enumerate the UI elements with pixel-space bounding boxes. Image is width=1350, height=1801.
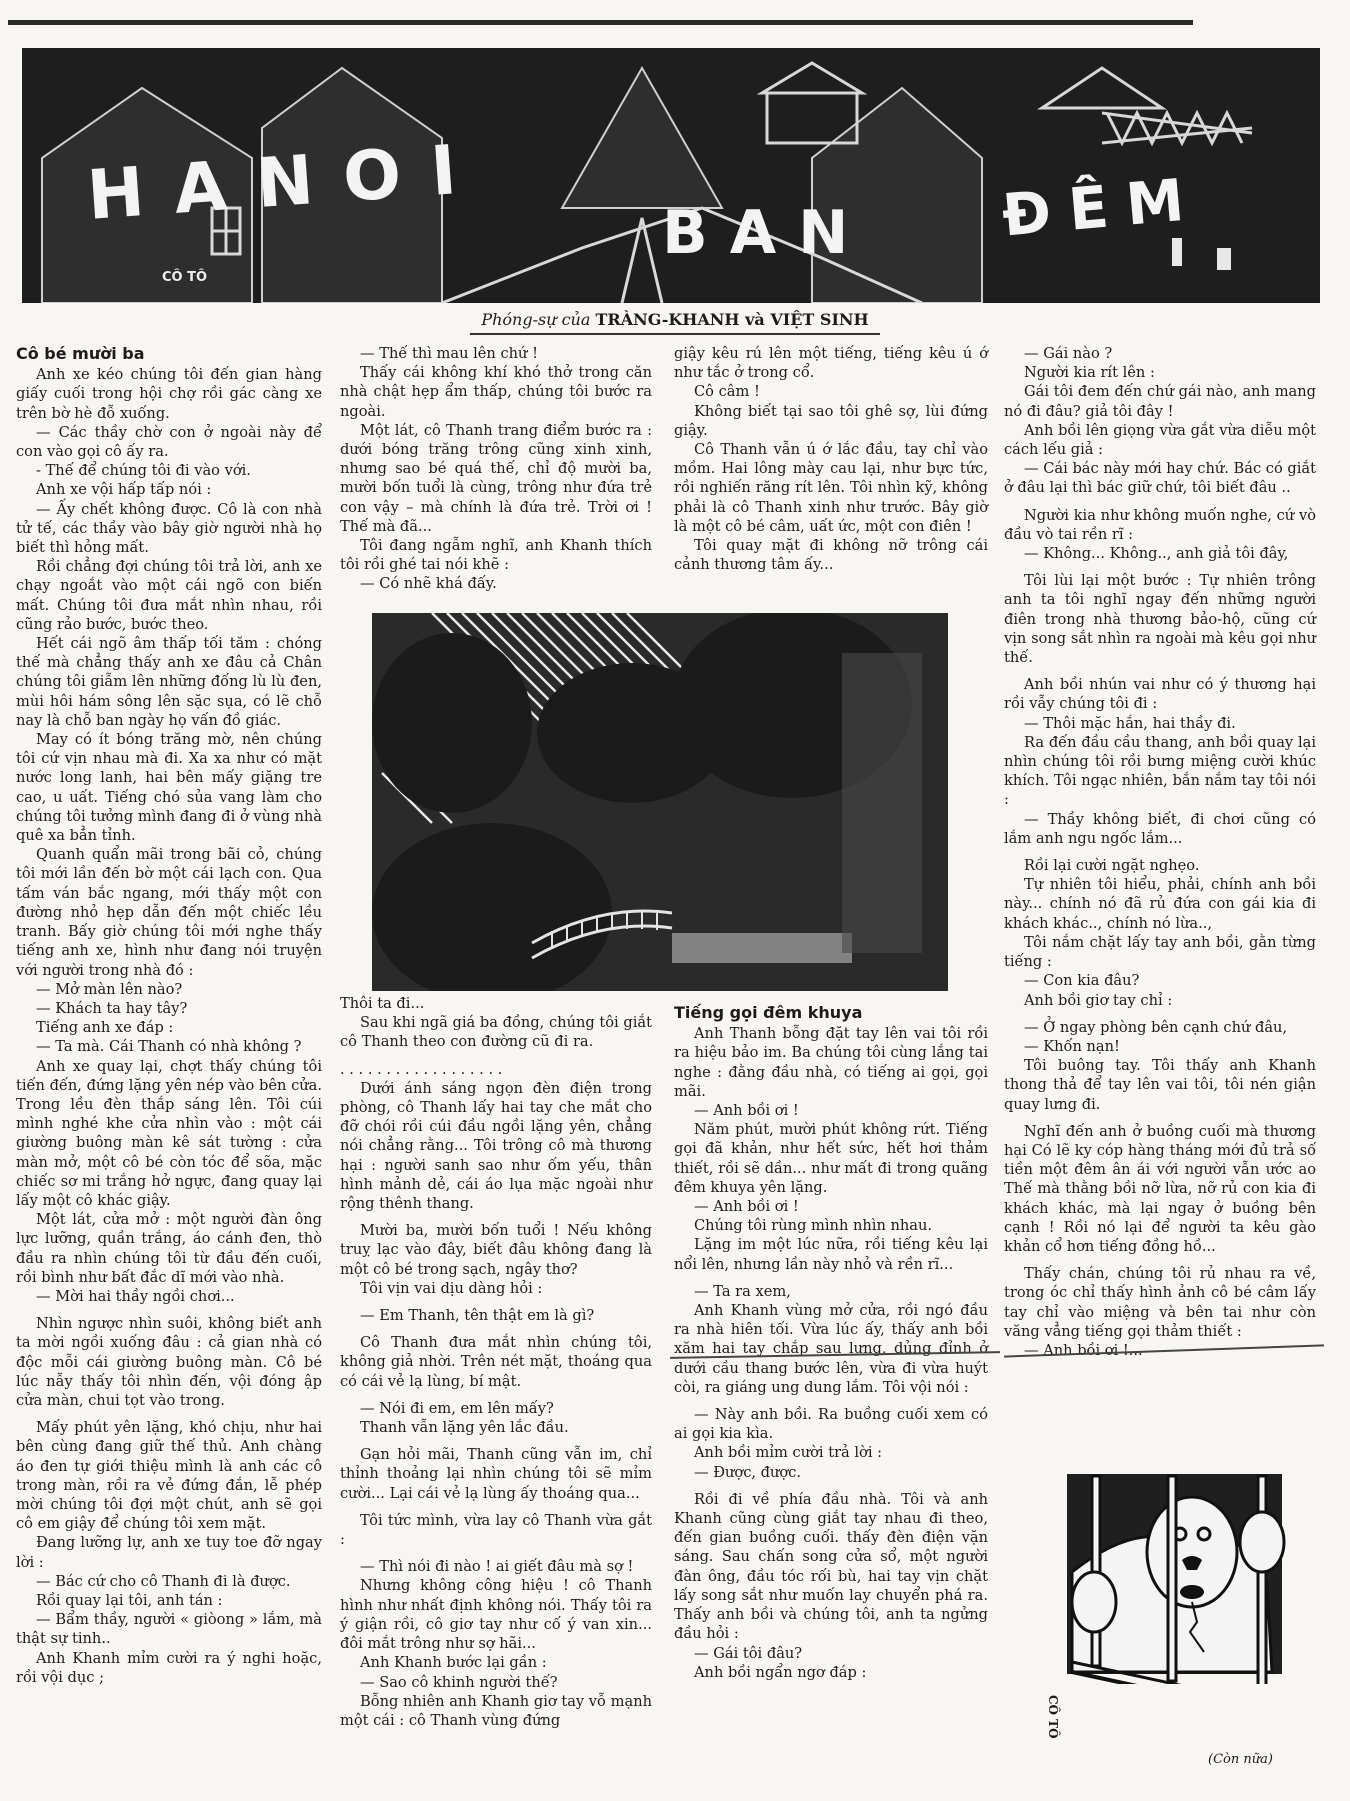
paragraph: — Mở màn lên nào? bbox=[16, 980, 322, 999]
paragraph: Mấy phút yên lặng, khó chịu, như hai bên… bbox=[16, 1418, 322, 1533]
paragraph: — Có nhẽ khá đấy. bbox=[340, 574, 652, 593]
article-column-3-top: giậy kêu rú lên một tiếng, tiếng kêu ú ớ… bbox=[674, 344, 988, 574]
paragraph: Anh Khanh vùng mở cửa, rồi ngó đầu ra nh… bbox=[674, 1301, 988, 1397]
paragraph: Anh bồi giơ tay chỉ : bbox=[1004, 991, 1316, 1010]
paragraph: — Anh bồi ơi ! bbox=[674, 1101, 988, 1120]
paragraph: Rồi đi về phía đầu nhà. Tôi và anh Khanh… bbox=[674, 1490, 988, 1644]
paragraph: — Khách ta hay tây? bbox=[16, 999, 322, 1018]
woodcut-trees-bridge-image bbox=[372, 613, 948, 991]
paragraph: — Gái nào ? bbox=[1004, 344, 1316, 363]
paragraph: — Gái tôi đâu? bbox=[674, 1644, 988, 1663]
man-behind-bars-drawing bbox=[1032, 1462, 1294, 1684]
paragraph: — Ta ra xem, bbox=[674, 1282, 988, 1301]
paragraph: Quanh quẩn mãi trong bãi cỏ, chúng tôi m… bbox=[16, 845, 322, 979]
paragraph: Tôi quay mặt đi không nỡ trông cái cảnh … bbox=[674, 536, 988, 574]
paragraph: — Nói đi em, em lên mấy? bbox=[340, 1399, 652, 1418]
section-heading-co-be-muoi-ba: Cô bé mười ba bbox=[16, 344, 322, 363]
paragraph: — Sao cô khinh người thế? bbox=[340, 1673, 652, 1692]
paragraph: Sau khi ngã giá ba đồng, chúng tôi giắt … bbox=[340, 1013, 652, 1051]
paragraph: Anh xe vội hấp tấp nói : bbox=[16, 480, 322, 499]
paragraph: — Ấy chết không được. Cô là con nhà tử t… bbox=[16, 500, 322, 558]
byline: Phóng-sự của TRÀNG-KHANH và VIỆT SINH bbox=[0, 310, 1350, 329]
paragraph: Dưới ánh sáng ngọn đèn điện trong phòng,… bbox=[340, 1079, 652, 1213]
paragraph: Anh Khanh bước lại gần : bbox=[340, 1653, 652, 1672]
paragraph: — Ở ngay phòng bên cạnh chứ đâu, bbox=[1004, 1018, 1316, 1037]
paragraph: Đang lưỡng lự, anh xe tuy toe đỡ ngay lờ… bbox=[16, 1533, 322, 1571]
article-column-2-top: — Thế thì mau lên chứ ! Thấy cái không k… bbox=[340, 344, 652, 594]
night-garden-woodcut-illustration bbox=[372, 613, 948, 991]
paragraph: Anh Thanh bỗng đặt tay lên vai tôi rồi r… bbox=[674, 1024, 988, 1101]
paragraph: Tôi buông tay. Tôi thấy anh Khanh thong … bbox=[1004, 1056, 1316, 1114]
paragraph: — Cái bác này mới hay chứ. Bác có giắt ở… bbox=[1004, 459, 1316, 497]
paragraph: — Anh bồi ơi ! bbox=[674, 1197, 988, 1216]
man-behind-bars-illustration bbox=[1032, 1462, 1294, 1684]
article-column-4: — Gái nào ? Người kia rít lên : Gái tôi … bbox=[1004, 344, 1316, 1360]
paragraph: Anh Khanh mỉm cười ra ý nghi hoặc, rồi v… bbox=[16, 1649, 322, 1687]
paragraph: — Các thầy chờ con ở ngoài này để con và… bbox=[16, 423, 322, 461]
paragraph: Cô Thanh đưa mắt nhìn chúng tôi, không g… bbox=[340, 1333, 652, 1391]
paragraph: Anh bồi lên giọng vừa gắt vừa diễu một c… bbox=[1004, 421, 1316, 459]
paragraph: — Này anh bồi. Ra buồng cuối xem có ai g… bbox=[674, 1405, 988, 1443]
paragraph: Thôi ta đi... bbox=[340, 994, 652, 1013]
paragraph: Rồi quay lại tôi, anh tán : bbox=[16, 1591, 322, 1610]
paragraph: Lặng im một lúc nữa, rồi tiếng kêu lại n… bbox=[674, 1235, 988, 1273]
paragraph: Chúng tôi rùng mình nhìn nhau. bbox=[674, 1216, 988, 1235]
paragraph: Hết cái ngõ âm thấp tối tăm : chóng thế … bbox=[16, 634, 322, 730]
paragraph: — Được, được. bbox=[674, 1463, 988, 1482]
paragraph: May có ít bóng trăng mờ, nên chúng tôi c… bbox=[16, 730, 322, 845]
paragraph: — Ta mà. Cái Thanh có nhà không ? bbox=[16, 1037, 322, 1056]
article-column-3-bottom: Tiếng gọi đêm khuya Anh Thanh bỗng đặt t… bbox=[674, 1003, 988, 1682]
paragraph: Một lát, cô Thanh trang điểm bước ra : d… bbox=[340, 421, 652, 536]
top-rule bbox=[8, 20, 1193, 25]
banner-title-ban: BAN bbox=[662, 198, 870, 268]
paragraph: Người kia rít lên : bbox=[1004, 363, 1316, 382]
paragraph: Người kia như không muốn nghe, cứ vò đầu… bbox=[1004, 506, 1316, 544]
paragraph: Tôi tức mình, vừa lay cô Thanh vừa gắt : bbox=[340, 1511, 652, 1549]
paragraph: Tôi vịn vai dịu dàng hỏi : bbox=[340, 1279, 652, 1298]
byline-rule bbox=[470, 333, 880, 335]
byline-authors: TRÀNG-KHANH và VIỆT SINH bbox=[595, 310, 868, 329]
paragraph: — Mời hai thầy ngồi chơi... bbox=[16, 1287, 322, 1306]
section-divider-dots: . . . . . . . . . . . . . . . . . . bbox=[340, 1060, 652, 1079]
paragraph: — Thầy không biết, đi chơi cũng có lắm a… bbox=[1004, 810, 1316, 848]
paragraph: Thấy cái không khí khó thở trong căn nhà… bbox=[340, 363, 652, 421]
illustration-artist-signature: CÔ TÔ bbox=[1046, 1695, 1060, 1739]
paragraph: Rồi lại cười ngặt nghẹo. bbox=[1004, 856, 1316, 875]
paragraph: Anh xe quay lại, chợt thấy chúng tôi tiế… bbox=[16, 1057, 322, 1211]
paragraph: Anh bồi ngẩn ngơ đáp : bbox=[674, 1663, 988, 1682]
paragraph: — Không... Không.., anh giả tôi đây, bbox=[1004, 544, 1316, 563]
paragraph: Gái tôi đem đến chứ gái nào, anh mang nó… bbox=[1004, 382, 1316, 420]
paragraph: Cô Thanh vẫn ú ớ lắc đầu, tay chỉ vào mồ… bbox=[674, 440, 988, 536]
continued-notice: (Còn nữa) bbox=[1208, 1752, 1273, 1767]
paragraph: Nhưng không công hiệu ! cô Thanh hình nh… bbox=[340, 1576, 652, 1653]
paragraph: — Em Thanh, tên thật em là gì? bbox=[340, 1306, 652, 1325]
paragraph: Nhìn ngược nhìn suôi, không biết anh ta … bbox=[16, 1314, 322, 1410]
paragraph: — Bẩm thầy, người « giòong » lắm, mà thậ… bbox=[16, 1610, 322, 1648]
paragraph: Tự nhiên tôi hiểu, phải, chính anh bồi n… bbox=[1004, 875, 1316, 933]
section-heading-tieng-goi-dem-khuya: Tiếng gọi đêm khuya bbox=[674, 1003, 988, 1022]
paragraph: Năm phút, mười phút không rứt. Tiếng gọi… bbox=[674, 1120, 988, 1197]
paragraph: Tôi lùi lại một bước : Tự nhiên trông an… bbox=[1004, 571, 1316, 667]
paragraph: giậy kêu rú lên một tiếng, tiếng kêu ú ớ… bbox=[674, 344, 988, 382]
masthead-banner: HANOI BAN ĐÊM CÔ TÔ bbox=[22, 48, 1320, 303]
paragraph: Mười ba, mười bốn tuổi ! Nếu không truỵ … bbox=[340, 1221, 652, 1279]
paragraph: Anh bồi nhún vai như có ý thương hại rồi… bbox=[1004, 675, 1316, 713]
paragraph: - Thế để chúng tôi đi vào với. bbox=[16, 461, 322, 480]
paragraph: — Thế thì mau lên chứ ! bbox=[340, 344, 652, 363]
paragraph: Tôi đang ngẫm nghĩ, anh Khanh thích tôi … bbox=[340, 536, 652, 574]
paragraph: — Thì nói đi nào ! ai giết đâu mà sợ ! bbox=[340, 1557, 652, 1576]
paragraph: Anh xe kéo chúng tôi đến gian hàng giấy … bbox=[16, 365, 322, 423]
paragraph: Tôi nắm chặt lấy tay anh bồi, gằn từng t… bbox=[1004, 933, 1316, 971]
paragraph: Anh bồi mỉm cười trả lời : bbox=[674, 1443, 988, 1462]
article-column-1: Cô bé mười ba Anh xe kéo chúng tôi đến g… bbox=[16, 344, 322, 1687]
byline-prefix: Phóng-sự của bbox=[481, 310, 595, 329]
banner-artist-signature: CÔ TÔ bbox=[162, 270, 207, 285]
paragraph: — Khốn nạn! bbox=[1004, 1037, 1316, 1056]
paragraph: — Thôi mặc hắn, hai thầy đi. bbox=[1004, 714, 1316, 733]
paragraph: Nghĩ đến anh ở buồng cuối mà thương hại … bbox=[1004, 1122, 1316, 1256]
paragraph: Ra đến đầu cầu thang, anh bồi quay lại n… bbox=[1004, 733, 1316, 810]
paragraph: Rồi chẳng đợi chúng tôi trả lời, anh xe … bbox=[16, 557, 322, 634]
paragraph: Gạn hỏi mãi, Thanh cũng vẫn im, chỉ thỉn… bbox=[340, 1445, 652, 1503]
paragraph: Cô câm ! bbox=[674, 382, 988, 401]
paragraph: — Con kia đâu? bbox=[1004, 971, 1316, 990]
paragraph: — Bác cứ cho cô Thanh đi là được. bbox=[16, 1572, 322, 1591]
paragraph: Một lát, cửa mở : một người đàn ông lực … bbox=[16, 1210, 322, 1287]
paragraph: Thấy chán, chúng tôi rủ nhau ra về, tron… bbox=[1004, 1264, 1316, 1341]
article-column-2-bottom: Thôi ta đi... Sau khi ngã giá ba đồng, c… bbox=[340, 994, 652, 1730]
paragraph: Thanh vẫn lặng yên lắc đầu. bbox=[340, 1418, 652, 1437]
paragraph: Tiếng anh xe đáp : bbox=[16, 1018, 322, 1037]
paragraph: Không biết tại sao tôi ghê sợ, lùi đứng … bbox=[674, 402, 988, 440]
paragraph: Bỗng nhiên anh Khanh giơ tay vỗ mạnh một… bbox=[340, 1692, 652, 1730]
